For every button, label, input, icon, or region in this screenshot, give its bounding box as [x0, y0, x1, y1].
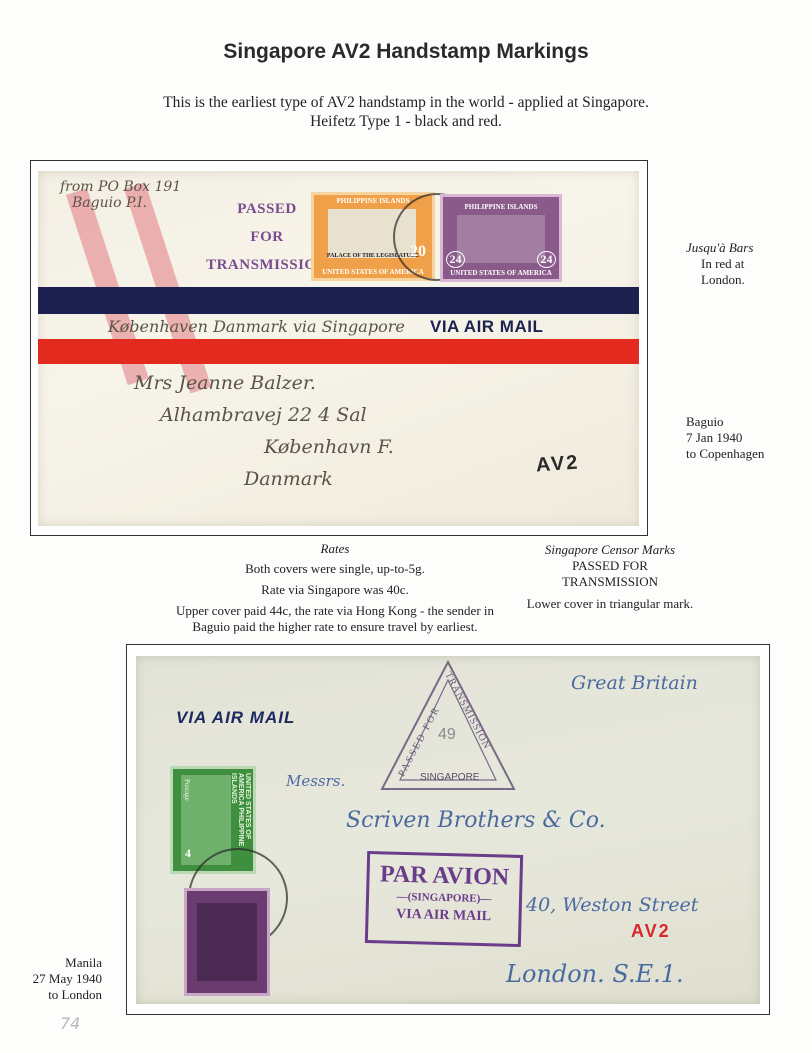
address-line-2: 40, Weston Street [526, 894, 698, 916]
stamp-bottom-text: UNITED STATES OF AMERICA [443, 269, 559, 277]
recipient-address: Mrs Jeanne Balzer. Alhambravej 22 4 Sal … [134, 367, 394, 495]
sender-line-2: Baguio P.I. [60, 195, 181, 211]
cover2-route-note: Manila 27 May 1940 to London [6, 955, 102, 1003]
par-avion-line-1: PAR AVION [369, 860, 520, 892]
cover2-envelope: VIA AIR MAIL PASSED FOR TRANSMISSION 49 … [136, 656, 760, 1004]
sender-handwriting: from PO Box 191 Baguio P.I. [60, 179, 181, 211]
page-title: Singapore AV2 Handstamp Markings [0, 40, 812, 64]
routing-handwriting: Københaven Danmark via Singapore [108, 317, 405, 336]
rates-line-3: Upper cover paid 44c, the rate via Hong … [140, 603, 530, 619]
stamp-value-left: 24 [446, 251, 465, 268]
censor-note-line-3: Lower cover in triangular mark. [515, 596, 705, 612]
rates-heading: Rates [180, 541, 490, 557]
triangle-bottom-text: SINGAPORE [420, 772, 479, 783]
intro-text: This is the earliest type of AV2 handsta… [0, 93, 812, 131]
via-air-mail-label: VIA AIR MAIL [430, 317, 543, 337]
jusqua-line-2: London. [686, 272, 806, 288]
stamp-label: Postage [183, 779, 191, 801]
route-line-3: to Copenhagen [686, 446, 806, 462]
intro-line-1: This is the earliest type of AV2 handsta… [0, 93, 812, 112]
stamp-value-right: 24 [537, 251, 556, 268]
rates-line-1: Both covers were single, up-to-5g. [180, 561, 490, 577]
censor-note-line-2: TRANSMISSION [515, 574, 705, 590]
address-line-2: Alhambravej 22 4 Sal [134, 399, 394, 431]
route-line-1: Baguio [686, 414, 806, 430]
route-line-3: to London [6, 987, 102, 1003]
rates-line-4: Baguio paid the higher rate to ensure tr… [140, 619, 530, 635]
via-air-mail-label: VIA AIR MAIL [176, 708, 295, 728]
pencil-page-number: 74 [60, 1014, 80, 1033]
cover1-envelope: from PO Box 191 Baguio P.I. PASSED FOR T… [38, 171, 639, 526]
sender-line-1: from PO Box 191 [60, 179, 181, 195]
censor-marks-note: Singapore Censor Marks PASSED FOR TRANSM… [515, 542, 705, 612]
censor-heading: Singapore Censor Marks [515, 542, 705, 558]
cover1-route-note: Baguio 7 Jan 1940 to Copenhagen [686, 414, 806, 462]
stamp-value: 4 [185, 846, 191, 861]
route-line-1: Manila [6, 955, 102, 971]
stamp-image [457, 215, 545, 263]
av2-mark-black: AV2 [535, 452, 580, 478]
address-line-1: Mrs Jeanne Balzer. [134, 367, 394, 399]
stamp-purple [184, 888, 270, 996]
jusqua-bars-note: Jusqu'à Bars In red at London. [686, 240, 806, 288]
route-line-2: 7 Jan 1940 [686, 430, 806, 446]
address-country: Great Britain [571, 672, 698, 694]
jusqua-heading: Jusqu'à Bars [686, 240, 806, 256]
stamp-country: PHILIPPINE ISLANDS [443, 203, 559, 211]
censor-note-line-1: PASSED FOR [515, 558, 705, 574]
stamp-24c-rice-terraces: PHILIPPINE ISLANDS UNITED STATES OF AMER… [440, 194, 562, 282]
address-line-1: Scriven Brothers & Co. [346, 808, 606, 833]
av2-mark-red: AV2 [631, 921, 671, 942]
intro-line-2: Heifetz Type 1 - black and red. [0, 112, 812, 131]
address-line-3: London. S.E.1. [506, 960, 684, 988]
par-avion-singapore-mark: PAR AVION —(SINGAPORE)— VIA AIR MAIL [365, 851, 523, 947]
par-avion-line-3: VIA AIR MAIL [368, 904, 518, 928]
address-line-4: Danmark [134, 463, 394, 495]
triangle-number: 49 [438, 726, 456, 744]
rates-line-2: Rate via Singapore was 40c. [180, 582, 490, 598]
airmail-band-blue [38, 287, 639, 314]
rates-note: Rates Both covers were single, up-to-5g.… [180, 541, 490, 635]
address-line-3: København F. [134, 431, 394, 463]
airmail-band-red [38, 339, 639, 364]
jusqua-line-1: In red at [686, 256, 806, 272]
address-messrs: Messrs. [286, 772, 345, 790]
stamp-image [197, 903, 257, 981]
route-line-2: 27 May 1940 [6, 971, 102, 987]
